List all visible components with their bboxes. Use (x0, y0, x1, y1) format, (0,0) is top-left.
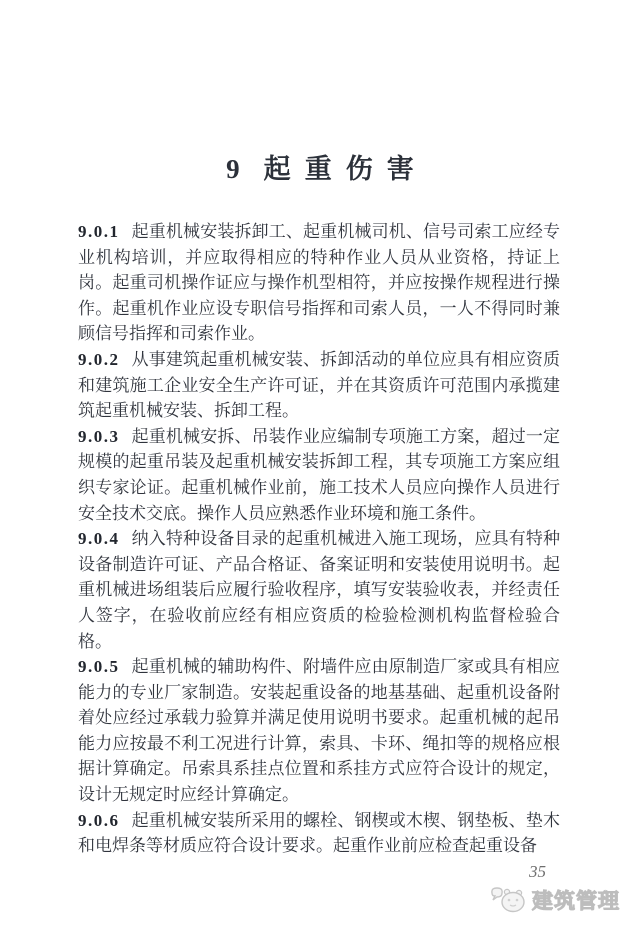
paragraph-number: 9.0.3 (78, 427, 120, 446)
paragraph-9-0-3: 9.0.3起重机械安拆、吊装作业应编制专项施工方案，超过一定规模的起重吊装及起重… (78, 424, 560, 526)
paragraph-text: 从事建筑起重机械安装、拆卸活动的单位应具有相应资质和建筑施工企业安全生产许可证，… (78, 350, 560, 420)
paragraph-9-0-6: 9.0.6起重机械安装所采用的螺栓、钢楔或木楔、钢垫板、垫木和电焊条等材质应符合… (78, 808, 560, 859)
paragraph-9-0-4: 9.0.4纳入特种设备目录的起重机械进入施工现场，应具有特种设备制造许可证、产品… (78, 526, 560, 654)
paragraph-9-0-5: 9.0.5起重机械的辅助构件、附墙件应由原制造厂家或具有相应能力的专业厂家制造。… (78, 654, 560, 808)
paragraph-9-0-1: 9.0.1起重机械安装拆卸工、起重机械司机、信号司索工应经专业机构培训，并应取得… (78, 219, 560, 347)
body-text-block: 9.0.1起重机械安装拆卸工、起重机械司机、信号司索工应经专业机构培训，并应取得… (78, 219, 560, 859)
paragraph-number: 9.0.6 (78, 811, 120, 830)
watermark-text: 建筑管理 (532, 885, 620, 915)
mascot-chat-bubble-icon (489, 885, 527, 915)
publisher-watermark: 建筑管理 (489, 885, 620, 915)
chapter-number: 9 (226, 149, 240, 189)
paragraph-text: 起重机械安装所采用的螺栓、钢楔或木楔、钢垫板、垫木和电焊条等材质应符合设计要求。… (78, 811, 560, 856)
paragraph-text: 起重机械安装拆卸工、起重机械司机、信号司索工应经专业机构培训，并应取得相应的特种… (78, 222, 560, 343)
chapter-heading: 9起重伤害 (0, 0, 640, 189)
page-number: 35 (529, 862, 546, 882)
paragraph-text: 起重机械安拆、吊装作业应编制专项施工方案，超过一定规模的起重吊装及起重机械安装拆… (78, 427, 560, 523)
paragraph-number: 9.0.1 (78, 222, 120, 241)
paragraph-text: 起重机械的辅助构件、附墙件应由原制造厂家或具有相应能力的专业厂家制造。安装起重设… (78, 657, 560, 804)
document-page: 9起重伤害 9.0.1起重机械安装拆卸工、起重机械司机、信号司索工应经专业机构培… (0, 0, 640, 927)
paragraph-number: 9.0.4 (78, 529, 120, 548)
chapter-title: 起重伤害 (264, 149, 428, 189)
paragraph-9-0-2: 9.0.2从事建筑起重机械安装、拆卸活动的单位应具有相应资质和建筑施工企业安全生… (78, 347, 560, 424)
paragraph-number: 9.0.5 (78, 657, 120, 676)
paragraph-number: 9.0.2 (78, 350, 120, 369)
paragraph-text: 纳入特种设备目录的起重机械进入施工现场，应具有特种设备制造许可证、产品合格证、备… (78, 529, 560, 650)
